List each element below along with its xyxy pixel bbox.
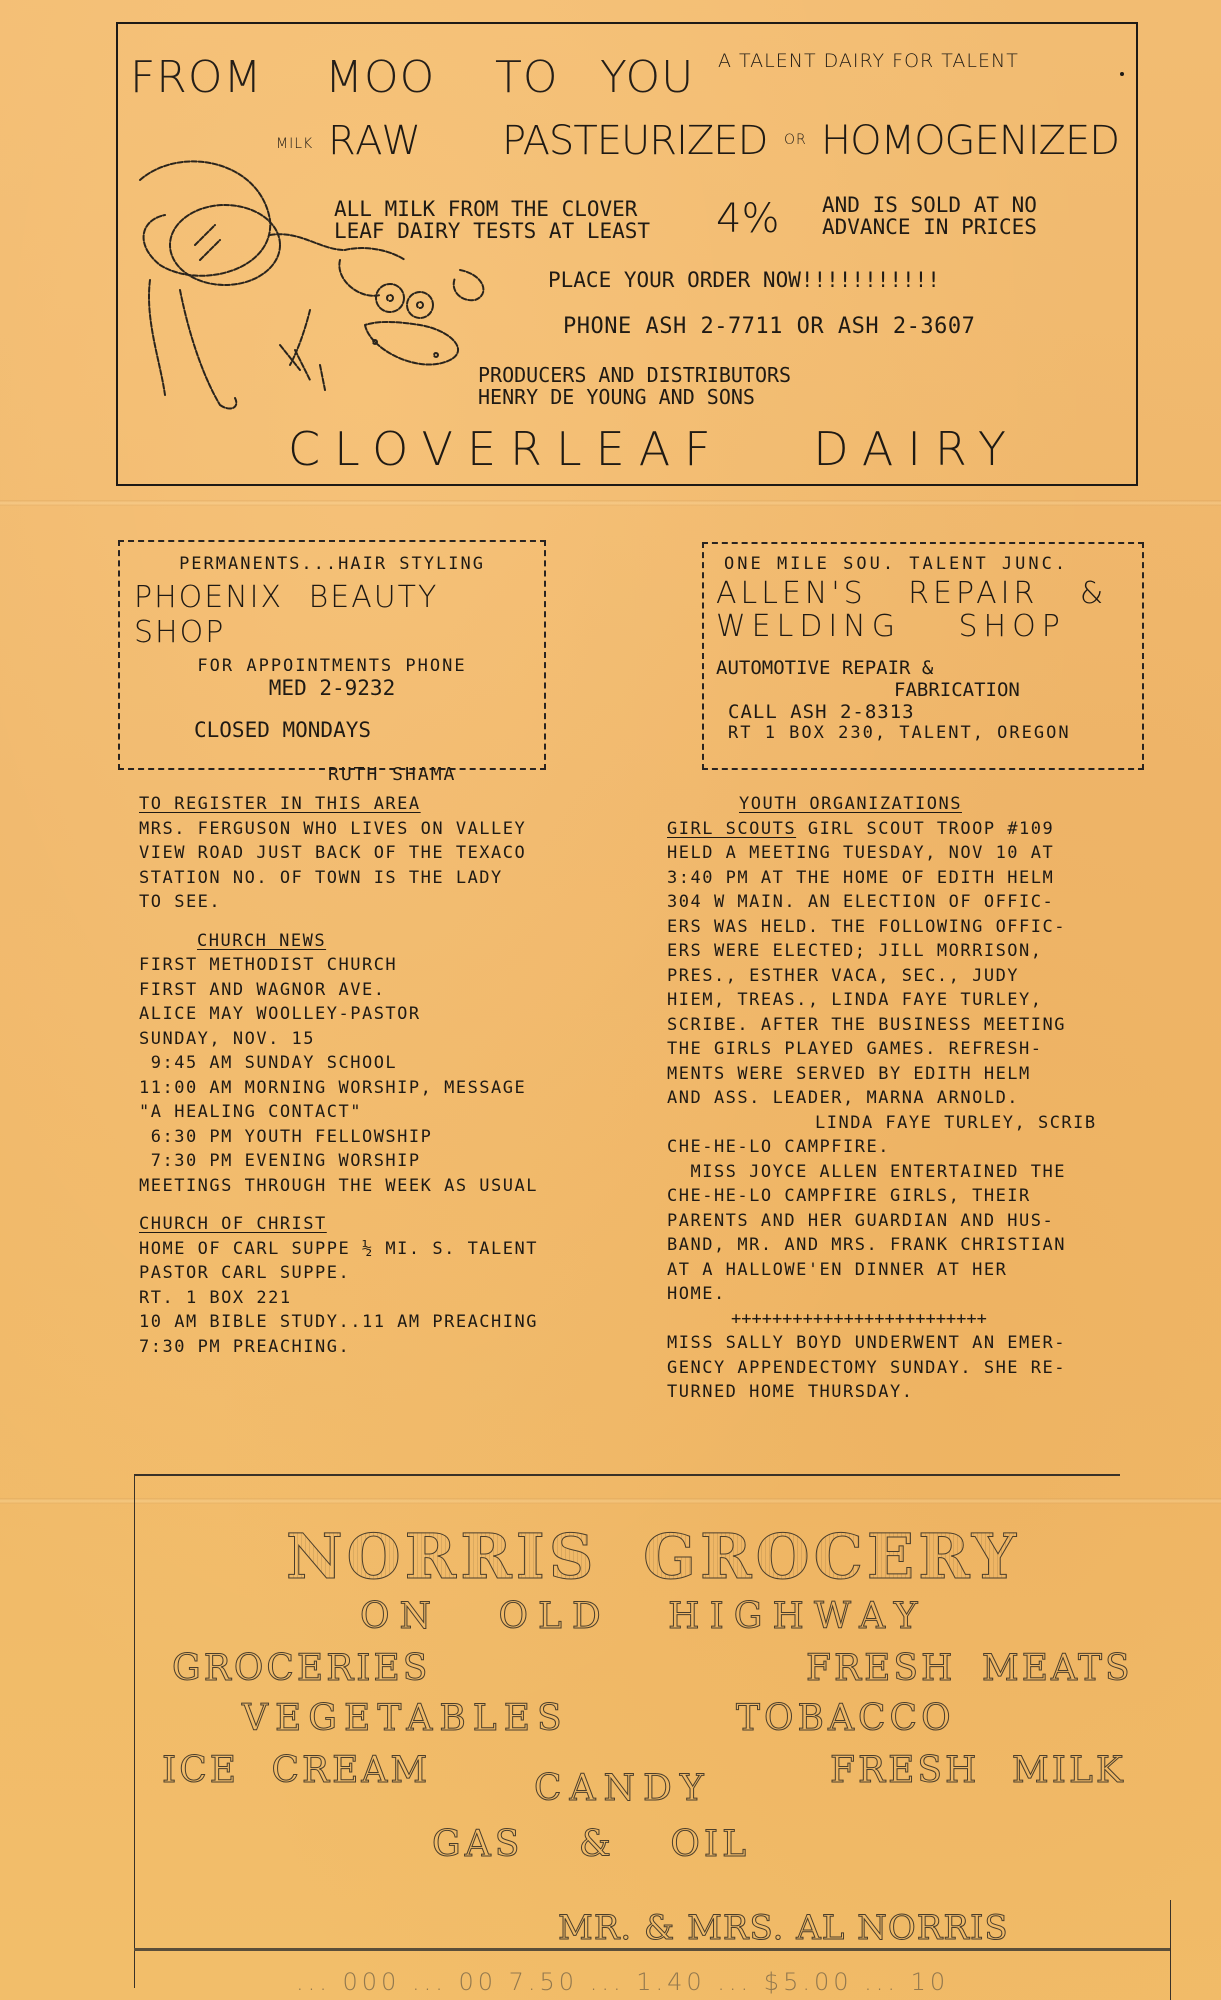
grocery-ad-left-rule xyxy=(134,1474,135,1988)
item-vegetables: VEGETABLES xyxy=(242,1698,569,1739)
repair-services-1: AUTOMOTIVE REPAIR & xyxy=(716,657,1142,679)
headline-word-moo: MOO xyxy=(325,52,435,103)
girl-scouts-line: AND ASS. LEADER, MARNA ARNOLD. xyxy=(667,1086,1167,1111)
grocery-bottom-rule xyxy=(134,1948,1170,1951)
repair-ad: ONE MILE SOU. TALENT JUNC. ALLEN'S REPAI… xyxy=(702,542,1144,770)
repair-services-2: FABRICATION xyxy=(894,679,1142,701)
milk-or: OR xyxy=(784,132,807,148)
church-of-christ-line: 7:30 PM PREACHING. xyxy=(139,1335,659,1360)
cut-off-text: ... 000 ... 00 7.50 ... 1.40 ... $5.00 .… xyxy=(296,1968,949,1996)
headline-word-from: FROM xyxy=(130,52,262,103)
church-of-christ-line: PASTOR CARL SUPPE. xyxy=(139,1261,659,1286)
right-column: YOUTH ORGANIZATIONS GIRL SCOUTS GIRL SCO… xyxy=(667,792,1167,1405)
claim-right-line-1: AND IS SOLD AT NO xyxy=(822,194,1037,216)
girl-scouts-first-line: GIRL SCOUTS GIRL SCOUT TROOP #109 xyxy=(667,817,1167,842)
youth-heading: YOUTH ORGANIZATIONS xyxy=(739,792,1167,817)
church-news-line: ALICE MAY WOOLLEY-PASTOR xyxy=(139,1002,659,1027)
register-line: MRS. FERGUSON WHO LIVES ON VALLEY xyxy=(139,817,659,842)
church-news-line: "A HEALING CONTACT" xyxy=(139,1100,659,1125)
repair-name-line-1: ALLEN'S REPAIR & xyxy=(716,576,1142,611)
paper-fold xyxy=(0,1498,1221,1504)
repair-location: ONE MILE SOU. TALENT JUNC. xyxy=(724,554,1142,574)
beauty-services: PERMANENTS...HAIR STYLING xyxy=(120,554,544,574)
girl-scouts-line: ERS WAS HELD. THE FOLLOWING OFFIC- xyxy=(667,915,1167,940)
girl-scouts-line: 304 W MAIN. AN ELECTION OF OFFIC- xyxy=(667,890,1167,915)
church-news-line: SUNDAY, NOV. 15 xyxy=(139,1027,659,1052)
producers-line-2: HENRY DE YOUNG AND SONS xyxy=(478,386,791,408)
beauty-ad: PERMANENTS...HAIR STYLING PHOENIX BEAUTY… xyxy=(118,540,546,770)
item-fresh-milk: FRESH MILK xyxy=(830,1750,1126,1791)
item-groceries: GROCERIES xyxy=(172,1648,430,1689)
item-gas-oil: GAS & OIL xyxy=(432,1824,750,1865)
girl-scouts-line: ERS WERE ELECTED; JILL MORRISON, xyxy=(667,939,1167,964)
grocery-location: ON OLD HIGHWAY xyxy=(360,1596,927,1637)
beauty-owner: RUTH SHAMA xyxy=(328,764,544,785)
church-of-christ-line: RT. 1 BOX 221 xyxy=(139,1286,659,1311)
church-of-christ-line: 10 AM BIBLE STUDY..11 AM PREACHING xyxy=(139,1310,659,1335)
grocery-ad-right-rule xyxy=(1170,1900,1171,2000)
left-column: TO REGISTER IN THIS AREA MRS. FERGUSON W… xyxy=(139,792,659,1359)
campfire-line: AT A HALLOWE'EN DINNER AT HER xyxy=(667,1258,1167,1283)
grocery-owners: MR. & MRS. AL NORRIS xyxy=(558,1908,1009,1948)
register-line: TO SEE. xyxy=(139,890,659,915)
milk-type-homogenized: HOMOGENIZED xyxy=(821,118,1119,164)
campfire-line: MISS JOYCE ALLEN ENTERTAINED THE xyxy=(667,1160,1167,1185)
church-of-christ-line: HOME OF CARL SUPPE ½ MI. S. TALENT xyxy=(139,1237,659,1262)
church-news-line: 7:30 PM EVENING WORSHIP xyxy=(139,1149,659,1174)
grocery-ad-top-rule xyxy=(134,1474,1120,1476)
dairy-claim-left: ALL MILK FROM THE CLOVER LEAF DAIRY TEST… xyxy=(334,198,650,242)
claim-left-line-1: ALL MILK FROM THE CLOVER xyxy=(334,198,650,220)
cow-icon xyxy=(120,150,500,430)
campfire-line: CHE-HE-LO CAMPFIRE GIRLS, THEIR xyxy=(667,1184,1167,1209)
claim-right-line-2: ADVANCE IN PRICES xyxy=(822,216,1037,238)
claim-left-line-2: LEAF DAIRY TESTS AT LEAST xyxy=(334,220,650,242)
item-tobacco: TOBACCO xyxy=(736,1698,955,1739)
girl-scouts-label: GIRL SCOUTS xyxy=(667,819,796,839)
section-divider: +++++++++++++++++++++++++ xyxy=(731,1307,1167,1332)
girl-scouts-troop: GIRL SCOUT TROOP #109 xyxy=(796,819,1054,839)
item-candy: CANDY xyxy=(534,1768,712,1809)
girl-scouts-line: THE GIRLS PLAYED GAMES. REFRESH- xyxy=(667,1037,1167,1062)
girl-scouts-line: HIEM, TREAS., LINDA FAYE TURLEY, xyxy=(667,988,1167,1013)
girl-scouts-line: HELD A MEETING TUESDAY, NOV 10 AT xyxy=(667,841,1167,866)
dairy-tagline: A TALENT DAIRY FOR TALENT xyxy=(718,50,1019,72)
register-line: STATION NO. OF TOWN IS THE LADY xyxy=(139,866,659,891)
dairy-business-name: CLOVERLEAF DAIRY xyxy=(288,422,1020,476)
girl-scouts-line: PRES., ESTHER VACA, SEC., JUDY xyxy=(667,964,1167,989)
dairy-call-to-action: PLACE YOUR ORDER NOW!!!!!!!!!!! xyxy=(548,268,940,292)
church-news-line: 11:00 AM MORNING WORSHIP, MESSAGE xyxy=(139,1076,659,1101)
boyd-line: MISS SALLY BOYD UNDERWENT AN EMER- xyxy=(667,1331,1167,1356)
repair-address: RT 1 BOX 230, TALENT, OREGON xyxy=(728,723,1142,743)
girl-scouts-line: SCRIBE. AFTER THE BUSINESS MEETING xyxy=(667,1013,1167,1038)
item-ice-cream: ICE CREAM xyxy=(162,1750,430,1791)
campfire-line: BAND, MR. AND MRS. FRANK CHRISTIAN xyxy=(667,1233,1167,1258)
producers-line-1: PRODUCERS AND DISTRIBUTORS xyxy=(478,364,791,386)
boyd-line: TURNED HOME THURSDAY. xyxy=(667,1380,1167,1405)
dairy-producers: PRODUCERS AND DISTRIBUTORS HENRY DE YOUN… xyxy=(478,364,791,408)
campfire-heading: CHE-HE-LO CAMPFIRE. xyxy=(667,1135,1167,1160)
beauty-hours: CLOSED MONDAYS xyxy=(194,718,544,742)
church-news-line: 9:45 AM SUNDAY SCHOOL xyxy=(139,1051,659,1076)
church-news-heading: CHURCH NEWS xyxy=(197,929,659,954)
campfire-line: HOME. xyxy=(667,1282,1167,1307)
dairy-claim-right: AND IS SOLD AT NO ADVANCE IN PRICES xyxy=(822,194,1037,238)
beauty-name: PHOENIX BEAUTY SHOP xyxy=(134,580,544,650)
headline-word-you: YOU xyxy=(600,52,694,103)
church-news-line: 6:30 PM YOUTH FELLOWSHIP xyxy=(139,1125,659,1150)
register-line: VIEW ROAD JUST BACK OF THE TEXACO xyxy=(139,841,659,866)
beauty-appointments: FOR APPOINTMENTS PHONE xyxy=(120,656,544,676)
dot-mark xyxy=(1120,72,1124,76)
headline-word-to: TO xyxy=(495,52,559,103)
girl-scouts-line: MENTS WERE SERVED BY EDITH HELM xyxy=(667,1062,1167,1087)
repair-name-line-2: WELDING SHOP xyxy=(716,611,1142,643)
girl-scouts-signature: LINDA FAYE TURLEY, SCRIB xyxy=(815,1111,1167,1136)
grocery-name: NORRIS GROCERY xyxy=(286,1520,1020,1593)
campfire-line: PARENTS AND HER GUARDIAN AND HUS- xyxy=(667,1209,1167,1234)
church-news-line: MEETINGS THROUGH THE WEEK AS USUAL xyxy=(139,1174,659,1199)
beauty-phone: MED 2-9232 xyxy=(120,676,544,700)
paper-fold xyxy=(0,500,1221,506)
church-news-line: FIRST METHODIST CHURCH xyxy=(139,953,659,978)
milk-type-pasteurized: PASTEURIZED xyxy=(502,118,767,164)
boyd-line: GENCY APPENDECTOMY SUNDAY. SHE RE- xyxy=(667,1356,1167,1381)
church-of-christ-heading: CHURCH OF CHRIST xyxy=(139,1212,659,1237)
register-heading: TO REGISTER IN THIS AREA xyxy=(139,792,659,817)
repair-phone: CALL ASH 2-8313 xyxy=(728,701,1142,723)
girl-scouts-line: 3:40 PM AT THE HOME OF EDITH HELM xyxy=(667,866,1167,891)
item-fresh-meats: FRESH MEATS xyxy=(806,1648,1133,1689)
dairy-claim-percent: 4% xyxy=(716,196,779,242)
church-news-line: FIRST AND WAGNOR AVE. xyxy=(139,978,659,1003)
dairy-phone: PHONE ASH 2-7711 OR ASH 2-3607 xyxy=(563,314,975,339)
